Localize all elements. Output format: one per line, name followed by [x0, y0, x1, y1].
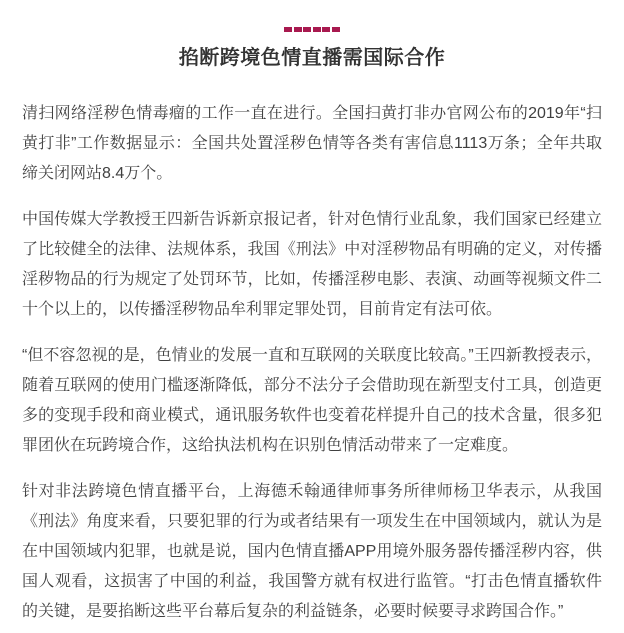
dashed-divider	[284, 27, 340, 32]
article-paragraph-4: 针对非法跨境色情直播平台，上海德禾翰通律师事务所律师杨卫华表示，从我国《刑法》角…	[22, 477, 602, 627]
article-paragraph-2: 中国传媒大学教授王四新告诉新京报记者，针对色情行业乱象，我们国家已经建立了比较健…	[22, 205, 602, 325]
article-body: 清扫网络淫秽色情毒瘤的工作一直在进行。全国扫黄打非办官网公布的2019年“扫黄打…	[0, 99, 624, 627]
article-paragraph-3: “但不容忽视的是，色情业的发展一直和互联网的关联度比较高。”王四新教授表示，随着…	[22, 341, 602, 461]
article-page: 掐断跨境色情直播需国际合作 清扫网络淫秽色情毒瘤的工作一直在进行。全国扫黄打非办…	[0, 0, 624, 633]
dash-segment	[284, 27, 292, 32]
dash-segment	[294, 27, 302, 32]
dash-segment	[332, 27, 340, 32]
dash-segment	[322, 27, 330, 32]
dash-segment	[303, 27, 311, 32]
article-paragraph-1: 清扫网络淫秽色情毒瘤的工作一直在进行。全国扫黄打非办官网公布的2019年“扫黄打…	[22, 99, 602, 189]
dash-segment	[313, 27, 321, 32]
article-title: 掐断跨境色情直播需国际合作	[22, 45, 602, 71]
